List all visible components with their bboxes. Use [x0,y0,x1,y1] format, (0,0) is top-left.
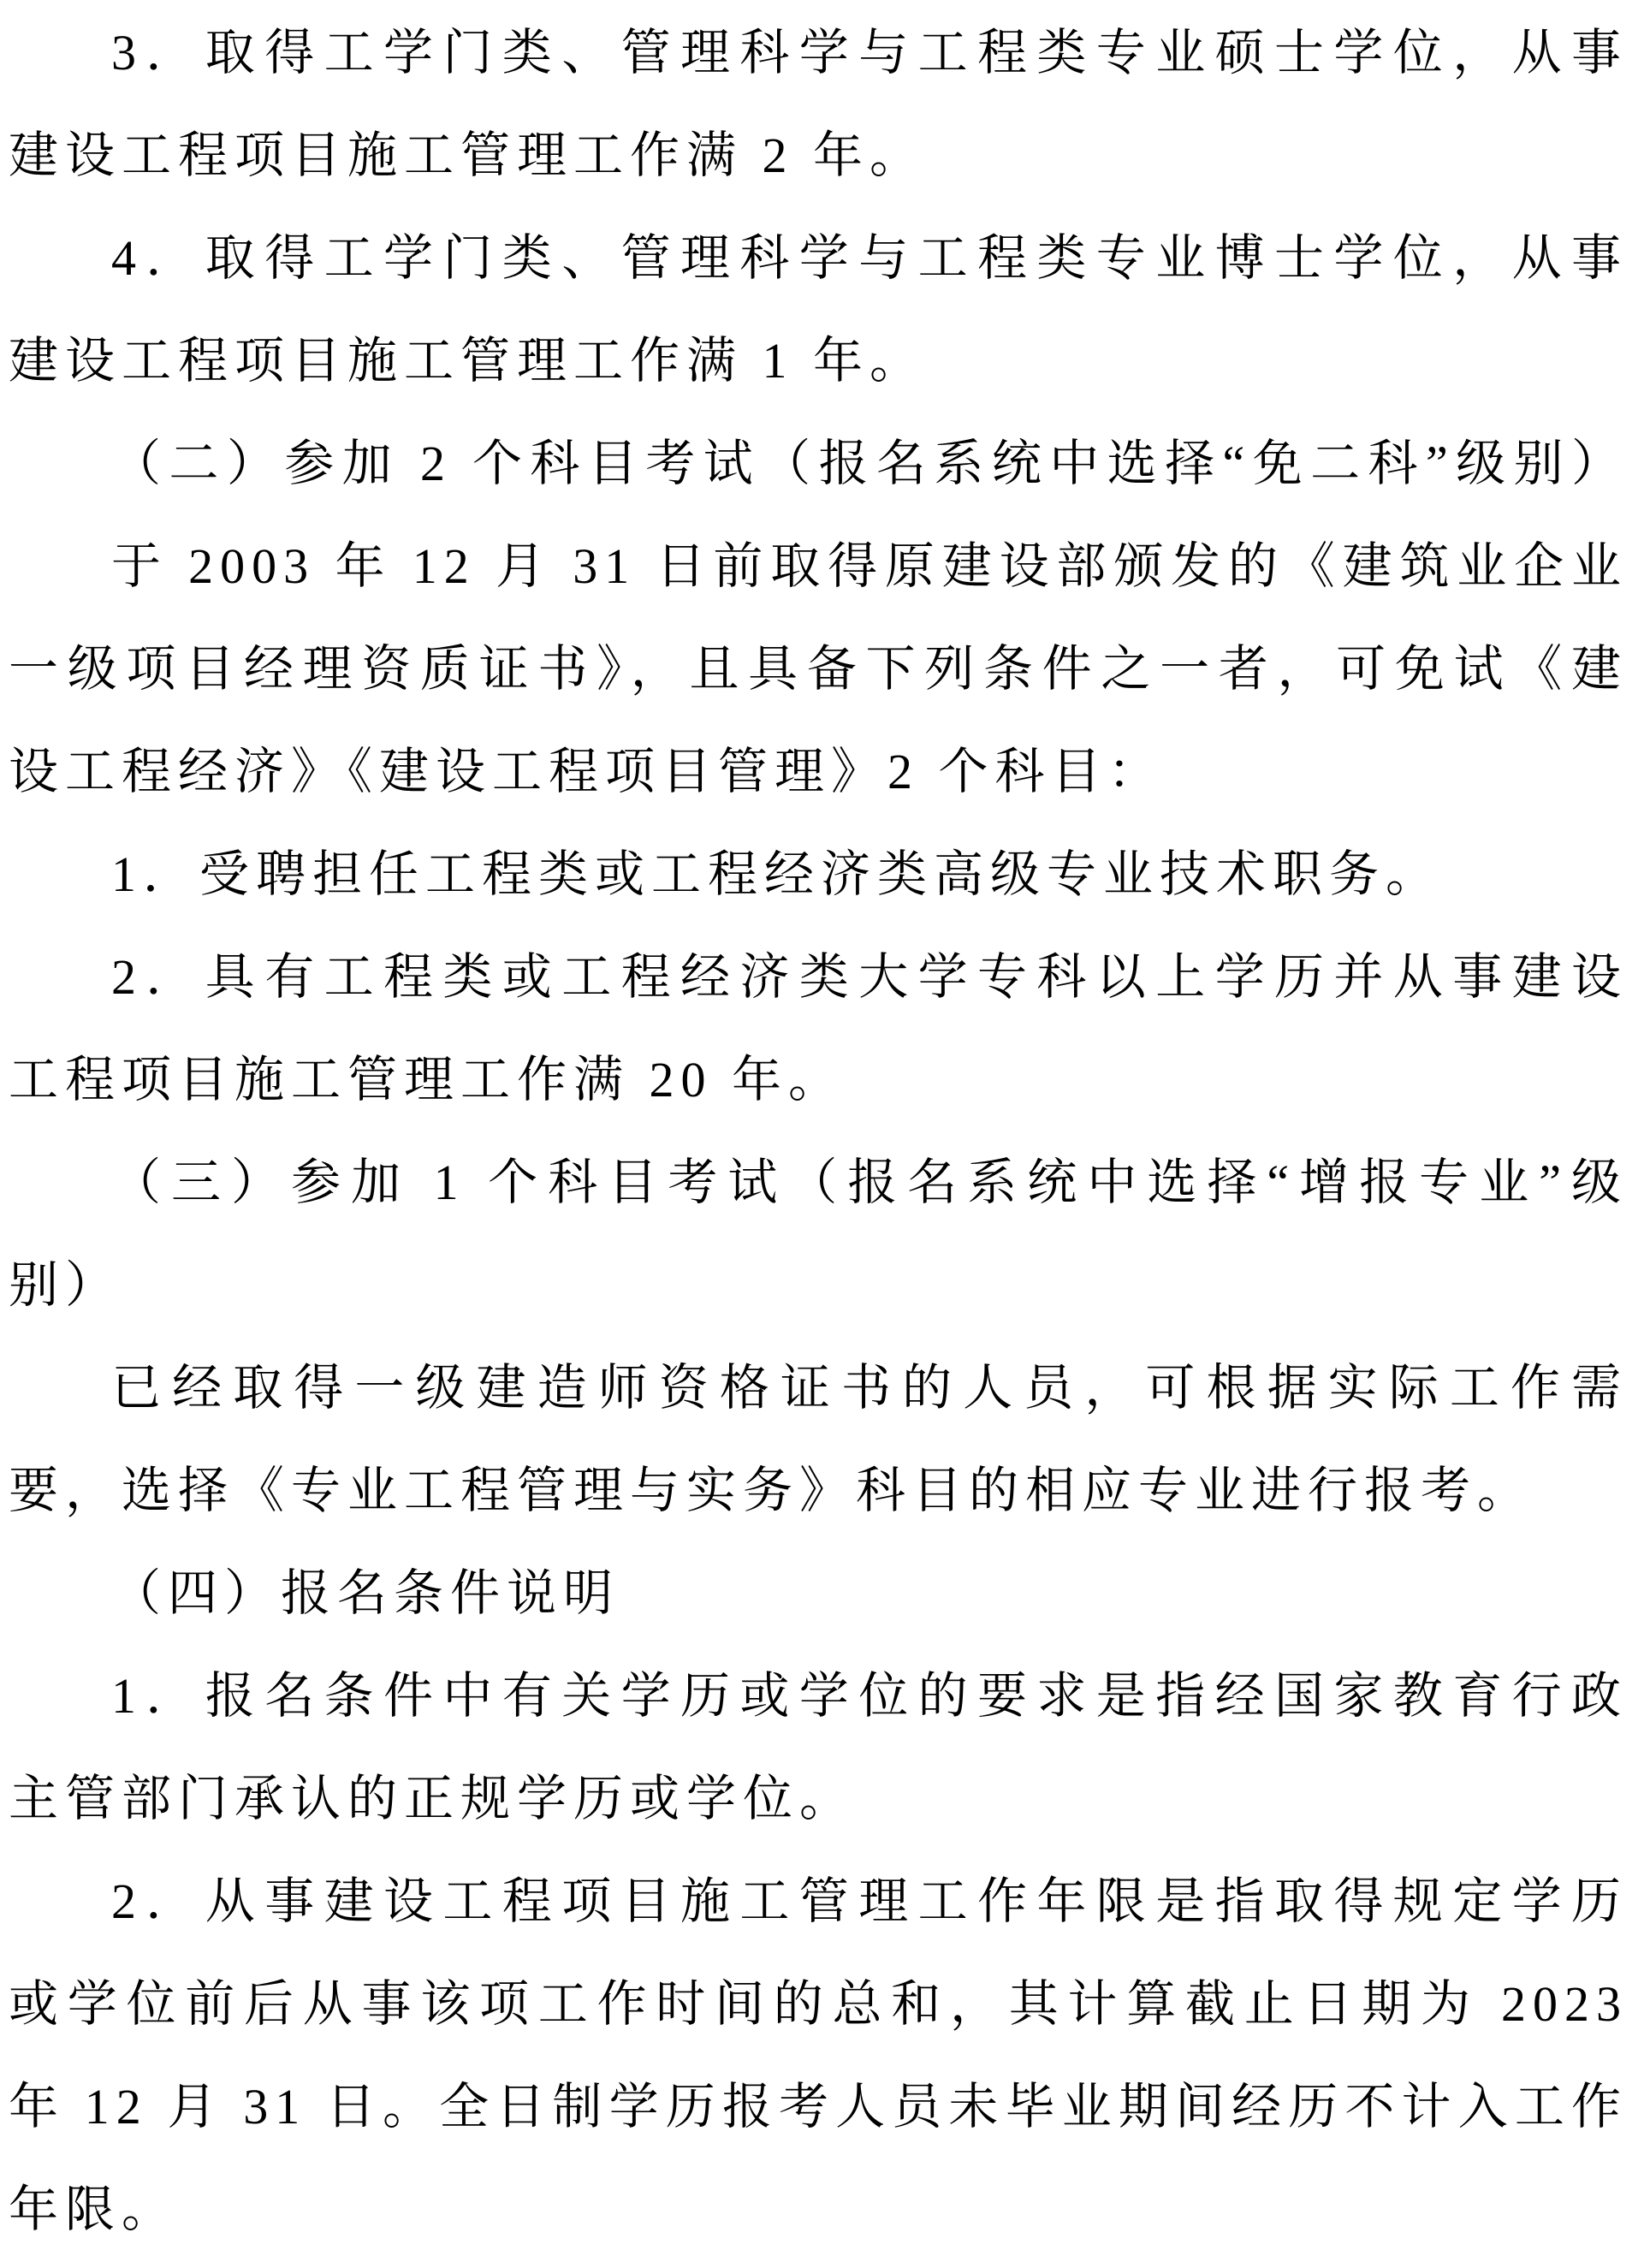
text-line: 要，选择《专业工程管理与实务》科目的相应专业进行报考。 [9,1440,1628,1542]
text-line: 一级项目经理资质证书》，且具备下列条件之一者，可免试《建 [9,618,1628,721]
text-line: 别） [9,1234,1628,1337]
text-line: （四）报名条件说明 [9,1542,1628,1645]
text-line: 或学位前后从事该项工作时间的总和，其计算截止日期为 2023 [9,1953,1628,2056]
text-line: 2．具有工程类或工程经济类大学专科以上学历并从事建设 [9,926,1628,1029]
text-line: 1．受聘担任工程类或工程经济类高级专业技术职务。 [9,823,1628,926]
text-line: 年限。 [9,2158,1628,2261]
text-line: 4．取得工学门类、管理科学与工程类专业博士学位，从事 [9,207,1628,310]
document-page: 3．取得工学门类、管理科学与工程类专业硕士学位，从事 建设工程项目施工管理工作满… [0,0,1650,2261]
text-line: 设工程经济》《建设工程项目管理》2 个科目： [9,721,1628,823]
text-line: 于 2003 年 12 月 31 日前取得原建设部颁发的《建筑业企业 [9,515,1628,618]
text-line: 3．取得工学门类、管理科学与工程类专业硕士学位，从事 [9,2,1628,104]
text-line: 已经取得一级建造师资格证书的人员，可根据实际工作需 [9,1337,1628,1440]
text-line: 工程项目施工管理工作满 20 年。 [9,1029,1628,1131]
text-line: 2．从事建设工程项目施工管理工作年限是指取得规定学历 [9,1850,1628,1953]
text-line: 建设工程项目施工管理工作满 2 年。 [9,104,1628,207]
text-line: 主管部门承认的正规学历或学位。 [9,1748,1628,1850]
text-line: （三）参加 1 个科目考试（报名系统中选择“增报专业”级 [9,1131,1628,1234]
text-line: 建设工程项目施工管理工作满 1 年。 [9,310,1628,413]
text-line: （二）参加 2 个科目考试（报名系统中选择“免二科”级别） [9,413,1628,515]
text-line: 年 12 月 31 日。全日制学历报考人员未毕业期间经历不计入工作 [9,2056,1628,2158]
text-line: 1．报名条件中有关学历或学位的要求是指经国家教育行政 [9,1645,1628,1748]
